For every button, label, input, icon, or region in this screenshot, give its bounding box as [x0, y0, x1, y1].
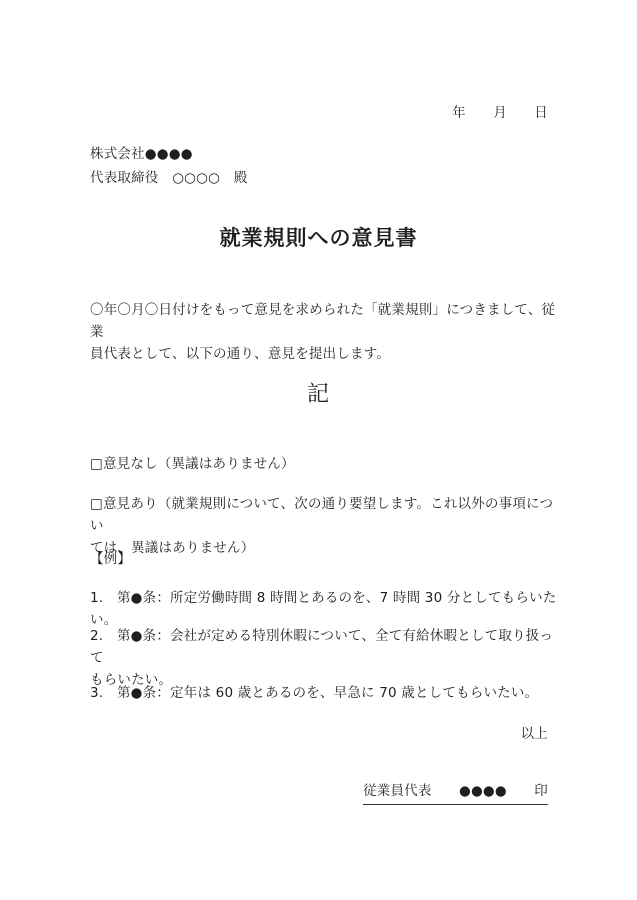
date-line: 年 月 日	[90, 102, 548, 124]
closing-ijou: 以上	[90, 723, 548, 745]
example-label: 【例】	[90, 548, 562, 570]
example-item-3: 3. 第●条：定年は 60 歳とあるのを、早急に 70 歳としてもらいたい。	[90, 682, 562, 704]
recipient-company: 株式会社●●●●	[90, 143, 562, 165]
ki-heading: 記	[0, 381, 637, 409]
option-no-opinion: □意見なし（異議はありません）	[90, 453, 562, 475]
recipient-representative: 代表取締役 ○○○○ 殿	[90, 167, 562, 189]
document-title: 就業規則への意見書	[0, 224, 637, 252]
document-page: 年 月 日 株式会社●●●● 代表取締役 ○○○○ 殿 就業規則への意見書 〇年…	[0, 0, 637, 900]
signature-block: 従業員代表 ●●●● 印	[90, 758, 548, 827]
signature-line: 従業員代表 ●●●● 印	[363, 780, 548, 805]
body-paragraph: 〇年〇月〇日付けをもって意見を求められた「就業規則」につきまして、従業 員代表と…	[90, 299, 562, 365]
